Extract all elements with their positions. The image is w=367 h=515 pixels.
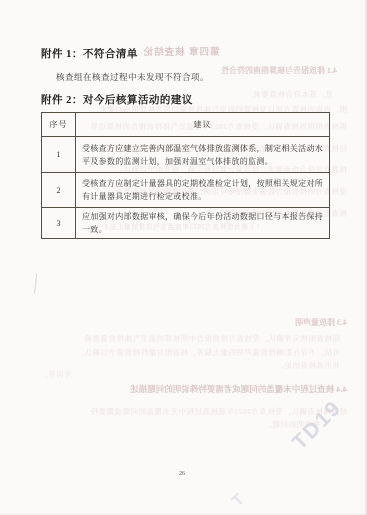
page-number: 26	[172, 471, 192, 477]
row-number: 2	[42, 173, 76, 208]
row-suggestion-text: 应加强对内部数据审核，确保今后年份活动数据口径与本报告保持一致。	[76, 208, 330, 239]
row-number: 3	[42, 208, 76, 239]
scanned-document-page: 第四章 核查结论 4.1 排放报告与核算指南的符合性 息，基本符合核算要求。 围…	[0, 0, 367, 515]
table-row: 1 受核查方应建立完善内部温室气体排放监测体系，制定相关活动水平及参数的监测计划…	[42, 137, 330, 173]
table-row: 2 受核查方应制定计量器具的定期校准检定计划，按照相关规定对所有计量器具定期进行…	[42, 173, 330, 208]
table-header-row: 序号 建议	[42, 113, 330, 137]
row-number: 1	[42, 137, 76, 173]
document-content: 附件 1：不符合清单 核查组在核查过程中未发现不符合项。 附件 2：对今后核算活…	[0, 0, 367, 515]
suggestions-table: 序号 建议 1 受核查方应建立完善内部温室气体排放监测体系，制定相关活动水平及参…	[41, 112, 330, 239]
row-suggestion-text: 受核查方应建立完善内部温室气体排放监测体系，制定相关活动水平及参数的监测计划，加…	[76, 137, 330, 173]
attachment1-body: 核查组在核查过程中未发现不符合项。	[56, 71, 209, 83]
table-row: 3 应加强对内部数据审核，确保今后年份活动数据口径与本报告保持一致。	[42, 208, 330, 239]
table-header-no: 序号	[42, 113, 76, 137]
attachment1-title: 附件 1：不符合清单	[41, 46, 138, 61]
attachment2-title: 附件 2：对今后核算活动的建议	[41, 92, 193, 107]
row-suggestion-text: 受核查方应制定计量器具的定期校准检定计划，按照相关规定对所有计量器具定期进行检定…	[76, 173, 330, 208]
table-header-suggestion: 建议	[76, 113, 330, 137]
